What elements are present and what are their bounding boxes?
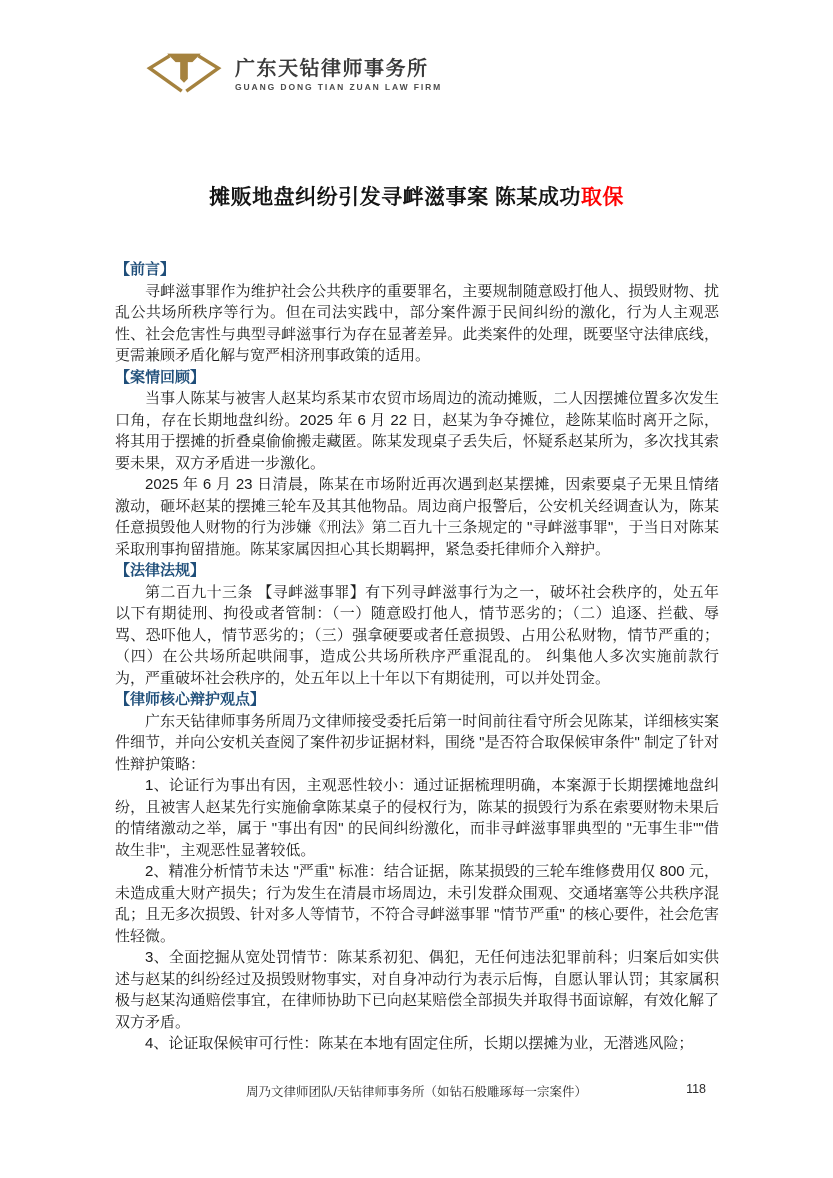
body-paragraph: 4、论证取保候审可行性：陈某在本地有固定住所，长期以摆摊为业，无潜逃风险； — [115, 1033, 719, 1055]
law-firm-name-cn: 广东天钻律师事务所 — [235, 57, 442, 81]
page-title-main: 摊贩地盘纠纷引发寻衅滋事案 陈某成功 — [209, 186, 581, 209]
section-heading: 【律师核心辩护观点】 — [115, 689, 719, 711]
page-title: 摊贩地盘纠纷引发寻衅滋事案 陈某成功取保 — [0, 181, 833, 211]
body-paragraph: 当事人陈某与被害人赵某均系某市农贸市场周边的流动摊贩，二人因摆摊位置多次发生口角… — [115, 388, 719, 474]
body-paragraph: 第二百九十三条 【寻衅滋事罪】有下列寻衅滋事行为之一，破坏社会秩序的，处五年以下… — [115, 582, 719, 690]
document-page: 广东天钻律师事务所 GUANG DONG TIAN ZUAN LAW FIRM … — [0, 0, 833, 1178]
body-paragraph: 寻衅滋事罪作为维护社会公共秩序的重要罪名，主要规制随意殴打他人、损毁财物、扰乱公… — [115, 281, 719, 367]
document-body: 【前言】寻衅滋事罪作为维护社会公共秩序的重要罪名，主要规制随意殴打他人、损毁财物… — [115, 259, 719, 1055]
diamond-T-logo-icon — [142, 46, 226, 103]
body-paragraph: 2025 年 6 月 23 日清晨，陈某在市场附近再次遇到赵某摆摊，因索要桌子无… — [115, 474, 719, 560]
page-title-highlight: 取保 — [581, 186, 624, 209]
law-firm-brand: 广东天钻律师事务所 GUANG DONG TIAN ZUAN LAW FIRM — [142, 46, 442, 103]
law-firm-name-en: GUANG DONG TIAN ZUAN LAW FIRM — [235, 82, 442, 92]
body-paragraph: 广东天钻律师事务所周乃文律师接受委托后第一时间前往看守所会见陈某，详细核实案件细… — [115, 711, 719, 776]
body-paragraph: 2、精准分析情节未达 "严重" 标准：结合证据，陈某损毁的三轮车维修费用仅 80… — [115, 861, 719, 947]
footer-text: 周乃文律师团队/天钻律师事务所（如钻石般雕琢每一宗案件） — [0, 1082, 833, 1100]
page-number: 118 — [686, 1082, 706, 1096]
section-heading: 【法律法规】 — [115, 560, 719, 582]
body-paragraph: 1、论证行为事出有因，主观恶性较小：通过证据梳理明确，本案源于长期摆摊地盘纠纷，… — [115, 775, 719, 861]
body-paragraph: 3、全面挖掘从宽处罚情节：陈某系初犯、偶犯，无任何违法犯罪前科；归案后如实供述与… — [115, 947, 719, 1033]
law-firm-name: 广东天钻律师事务所 GUANG DONG TIAN ZUAN LAW FIRM — [235, 57, 442, 92]
section-heading: 【前言】 — [115, 259, 719, 281]
section-heading: 【案情回顾】 — [115, 367, 719, 389]
